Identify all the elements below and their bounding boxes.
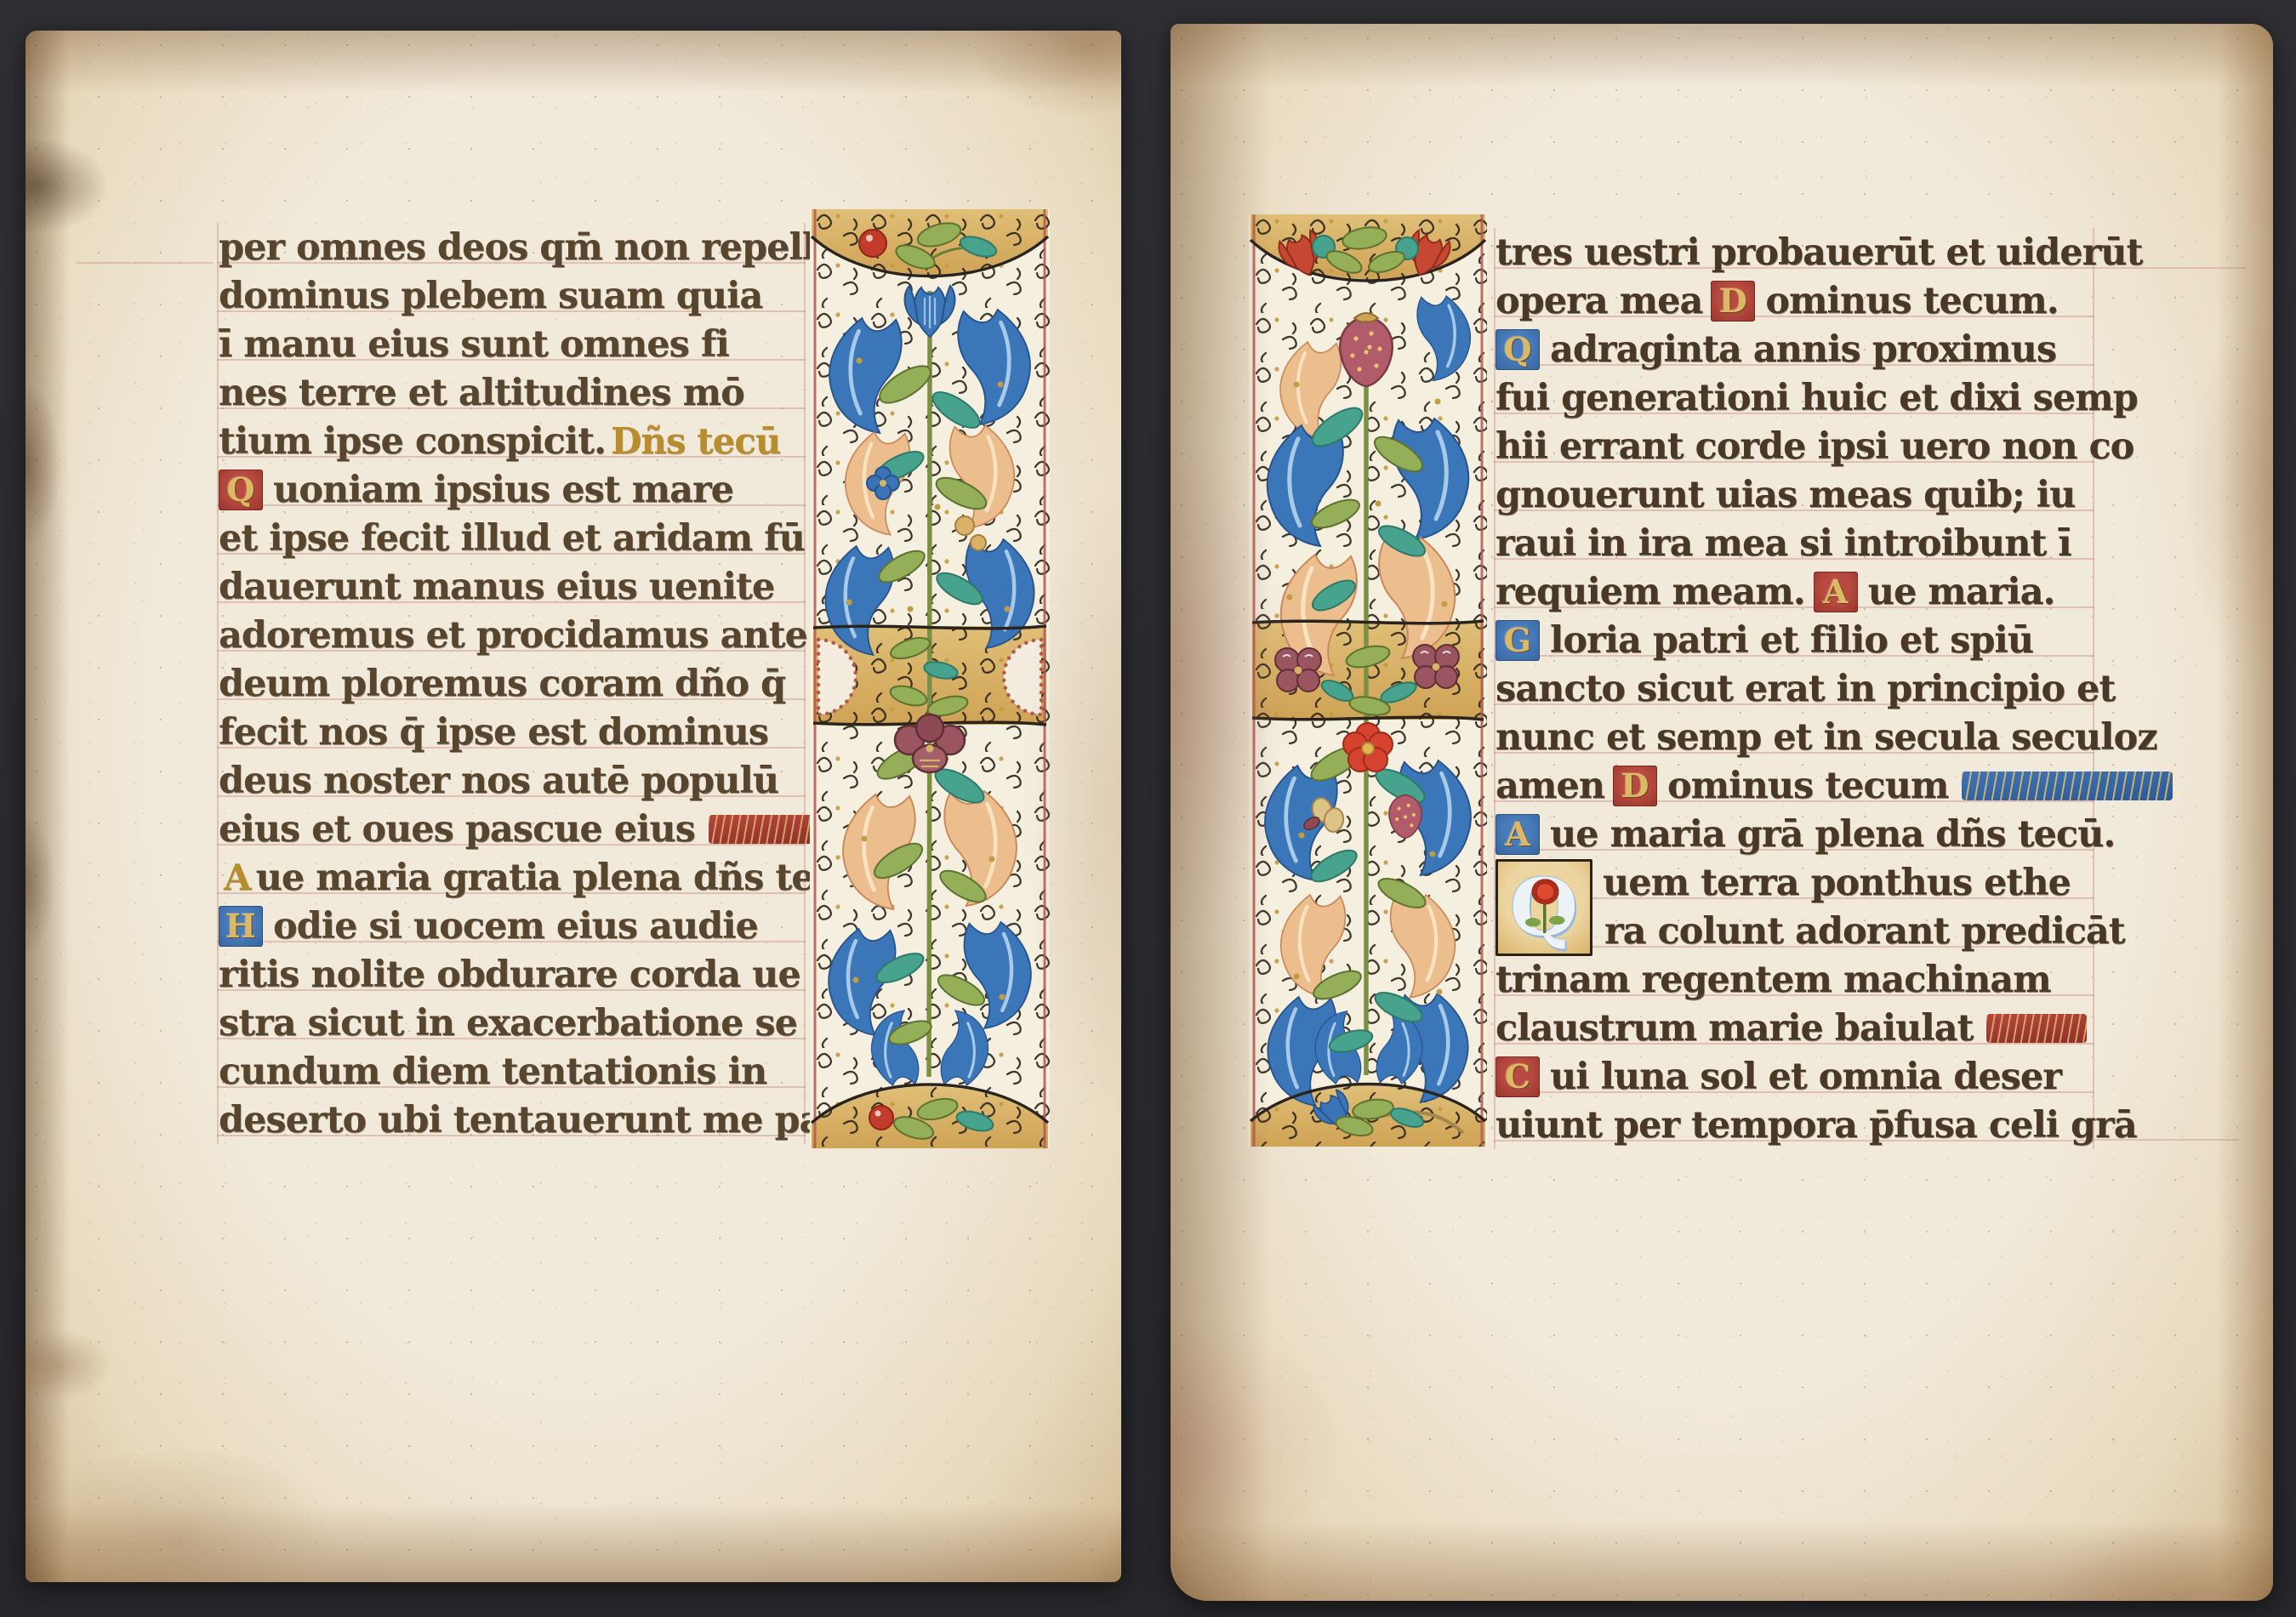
latin-text: adraginta annis proximus <box>1550 328 2056 371</box>
illuminated-initial: C <box>1496 1056 1540 1097</box>
latin-text: ī manu eius sunt omnes fi <box>219 323 729 366</box>
illuminated-initial: D <box>1613 766 1657 806</box>
initial-letter: A <box>1505 818 1530 851</box>
latin-text: requiem meam. <box>1496 571 1805 613</box>
illuminated-initial: Q <box>1496 329 1540 370</box>
latin-text: fui generationi huic et dixi semp <box>1496 377 2138 419</box>
text-line: tres uestri probauerūt et uiderūt <box>1496 228 2093 276</box>
initial-letter: H <box>225 910 256 942</box>
text-line: Aue maria grā plena dñs tecū. <box>1496 810 2093 858</box>
illuminated-initial: H <box>219 906 263 947</box>
text-line: raui in ira mea si introibunt ī <box>1496 519 2093 567</box>
initial-letter: Q <box>226 474 254 506</box>
text-line: claustrum marie baiulat <box>1496 1004 2093 1052</box>
latin-text: ritis nolite obdurare corda ue <box>219 954 800 996</box>
text-line: uiunt per tempora p̄fusa celi grā <box>1496 1101 2093 1149</box>
latin-text: trinam regentem machinam <box>1496 959 2051 1001</box>
latin-text: ue maria. <box>1868 571 2055 613</box>
text-line: Aue maria gratia plena dñs tecū <box>219 853 804 902</box>
text-line: Hodie si uocem eius audie <box>219 902 804 950</box>
text-line: opera mea Dominus tecum. <box>1496 276 2093 325</box>
latin-text: uiunt per tempora p̄fusa celi grā <box>1496 1104 2137 1147</box>
text-line: sancto sicut erat in principio et <box>1496 664 2093 713</box>
latin-text: fecit nos q̄ ipse est dominus <box>219 711 768 754</box>
latin-text: loria patri et filio et spiū <box>1550 619 2033 662</box>
latin-text: deserto ubi tentauerunt me pa <box>219 1099 822 1142</box>
latin-text: raui in ira mea si introibunt ī <box>1496 522 2071 565</box>
line-filler <box>1962 771 2173 800</box>
text-line: amen Dominus tecum <box>1496 761 2093 810</box>
text-line: hii errant corde ipsi uero non co <box>1496 422 2093 470</box>
text-line: requiem meam. Aue maria. <box>1496 567 2093 616</box>
latin-text: tres uestri probauerūt et uiderūt <box>1496 231 2142 274</box>
central-stem <box>929 291 930 1077</box>
photo-background: per omnes deos qm̄ non repelletdominus p… <box>0 0 2296 1617</box>
text-line: gnouerunt uias meas quib; iu <box>1496 470 2093 519</box>
illuminated-initial: A <box>1814 572 1858 612</box>
latin-text: uoniam ipsius est mare <box>273 469 733 511</box>
text-line: ī manu eius sunt omnes fi <box>219 320 804 368</box>
text-line: dominus plebem suam quia <box>219 271 804 320</box>
line-filler <box>1986 1014 2087 1043</box>
right-border-panel <box>1249 214 1487 1147</box>
text-line: ritis nolite obdurare corda ue <box>219 950 804 999</box>
latin-text: et ipse fecit illud et aridam fū <box>219 517 805 560</box>
latin-text: nunc et semp et in secula seculoz <box>1496 716 2157 759</box>
initial-letter: D <box>1621 770 1649 802</box>
text-line: trinam regentem machinam <box>1496 955 2093 1004</box>
text-line: Gloria patri et filio et spiū <box>1496 616 2093 664</box>
text-line: deus noster nos autē populū <box>219 756 804 805</box>
latin-text: cundum diem tentationis in <box>219 1050 766 1093</box>
manuscript-leaf-right: tres uestri probauerūt et uiderūtopera m… <box>1171 24 2273 1601</box>
ruling-extension <box>2094 267 2246 269</box>
text-line: Quem terra ponthus ethe <box>1496 858 2093 907</box>
latin-text: deus noster nos autē populū <box>219 760 778 802</box>
rose-miniature-icon <box>1512 874 1576 943</box>
text-line: adoremus et procidamus ante <box>219 611 804 659</box>
text-line: stra sicut in exacerbatione se <box>219 999 804 1047</box>
illuminated-initial: Q <box>1496 859 1592 956</box>
latin-text: amen <box>1496 765 1604 807</box>
initial-letter: D <box>1719 285 1747 317</box>
text-line: Cui luna sol et omnia deser <box>1496 1052 2093 1101</box>
text-line: et ipse fecit illud et aridam fū <box>219 514 804 562</box>
illuminated-initial: A <box>1496 814 1540 855</box>
latin-text: dauerunt manus eius uenite <box>219 566 774 608</box>
initial-letter: G <box>1504 624 1531 657</box>
gold-rubric: A <box>224 857 251 898</box>
gold-rubric: Dñs tecū <box>611 420 780 462</box>
latin-text: ui luna sol et omnia deser <box>1550 1056 2061 1098</box>
right-text-block: tres uestri probauerūt et uiderūtopera m… <box>1494 228 2094 1149</box>
latin-text: deum ploremus coram dño q̄ <box>219 663 785 705</box>
text-line: nunc et semp et in secula seculoz <box>1496 713 2093 761</box>
latin-text: opera mea <box>1496 280 1702 322</box>
latin-text: per omnes deos qm̄ non repellet <box>219 226 853 269</box>
latin-text: nes terre et altitudines mō <box>219 372 744 414</box>
text-line: deum ploremus coram dño q̄ <box>219 659 804 708</box>
text-line: nes terre et altitudines mō <box>219 368 804 417</box>
illuminated-initial: Q <box>219 470 263 510</box>
latin-text: ue maria grā plena dñs tecū. <box>1550 813 2115 856</box>
ruling-extension <box>2094 1139 2239 1141</box>
text-line: dauerunt manus eius uenite <box>219 562 804 611</box>
ruling-extension <box>77 262 213 264</box>
text-line: deserto ubi tentauerunt me pa <box>219 1096 804 1144</box>
latin-text: eius et oues pascue eius <box>219 808 695 851</box>
initial-letter: A <box>1823 576 1848 608</box>
latin-text: claustrum marie baiulat <box>1496 1007 1973 1050</box>
initial-letter: Q <box>1503 333 1531 366</box>
text-line: fui generationi huic et dixi semp <box>1496 373 2093 422</box>
initial-letter: C <box>1505 1061 1530 1093</box>
latin-text: tium ipse conspicit. <box>219 420 606 463</box>
latin-text: stra sicut in exacerbatione se <box>219 1002 797 1045</box>
text-line: eius et oues pascue eius <box>219 805 804 853</box>
left-border-panel <box>810 209 1050 1148</box>
latin-text: sancto sicut erat in principio et <box>1496 668 2115 710</box>
text-line: Quoniam ipsius est mare <box>219 465 804 514</box>
text-line: Qadraginta annis proximus <box>1496 325 2093 373</box>
text-line: per omnes deos qm̄ non repellet <box>219 223 804 271</box>
latin-text: adoremus et procidamus ante <box>219 614 807 657</box>
latin-text: gnouerunt uias meas quib; iu <box>1496 474 2075 516</box>
illuminated-initial: G <box>1496 620 1540 661</box>
latin-text: hii errant corde ipsi uero non co <box>1496 425 2134 468</box>
text-line: tium ipse conspicit. Dñs tecū <box>219 417 804 465</box>
text-line: fecit nos q̄ ipse est dominus <box>219 708 804 756</box>
illuminated-initial: D <box>1711 281 1755 322</box>
text-line: cundum diem tentationis in <box>219 1047 804 1096</box>
manuscript-leaf-left: per omnes deos qm̄ non repelletdominus p… <box>26 31 1121 1582</box>
left-text-block: per omnes deos qm̄ non repelletdominus p… <box>217 223 806 1144</box>
latin-text: dominus plebem suam quia <box>219 275 762 317</box>
latin-text: ominus tecum. <box>1765 280 2058 322</box>
latin-text: ue maria gratia plena dñs tecū <box>256 857 861 899</box>
latin-text: uem terra ponthus ethe <box>1603 862 2071 904</box>
latin-text: ominus tecum <box>1667 765 1948 807</box>
latin-text: odie si uocem eius audie <box>273 905 758 948</box>
latin-text: ra colunt adorant predicāt <box>1604 910 2125 953</box>
